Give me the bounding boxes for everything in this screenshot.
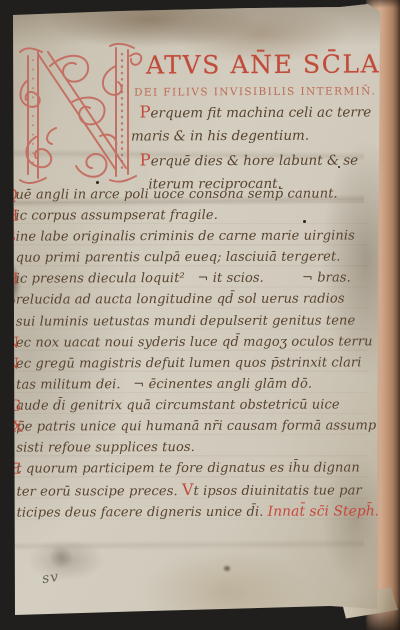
text-line: Et quorum participem te fore dignatus es…	[16, 458, 368, 480]
illuminated-initial-N	[16, 40, 144, 190]
cropped-margin-initial: p	[6, 290, 16, 311]
text-line: Hic presens diecula loquit² ¬ it scios. …	[16, 268, 368, 290]
text-segment: quo primi parentis culpā eueq; lasciuiā …	[16, 250, 341, 266]
text-segment: DEI FILIVS INVISIBILIS INTERMIN̄.	[134, 85, 376, 98]
cropped-margin-initial: G	[9, 396, 21, 417]
parchment-smudge	[48, 546, 74, 568]
cropped-margin-initial: H	[6, 269, 19, 290]
text-segment: Innat̄ sc̄i Steph̄.	[268, 504, 380, 520]
cropped-margin-initial: E	[10, 459, 21, 480]
text-segment: aude d̄i genitrix quā circumstant obstet…	[16, 397, 340, 413]
manuscript-page: ATVS AN̄E SC̄LADEI FILIVS INVISIBILIS IN…	[0, 0, 400, 630]
text-line: Nec nox uacat noui syderis luce qd̄ mago…	[16, 331, 368, 353]
manuscript-photo: ATVS AN̄E SC̄LADEI FILIVS INVISIBILIS IN…	[0, 0, 400, 630]
text-segment: ic presens diecula loquit² ¬ it scios. ¬…	[16, 271, 351, 287]
text-segment: erquē dies & hore labunt & se	[151, 153, 359, 170]
text-segment: sisti refoue supplices tuos.	[16, 440, 195, 456]
text-segment: ATVS AN̄E SC̄LA	[146, 49, 380, 79]
text-segment: ic corpus assumpserat fragile.	[15, 208, 217, 224]
text-line: Nec gregū magistris defuit lumen quos p̄…	[16, 352, 368, 374]
rubric-title-block: ATVS AN̄E SC̄LADEI FILIVS INVISIBILIS IN…	[146, 49, 381, 98]
text-line: ticipes deus facere digneris unice d̄i. …	[17, 502, 369, 524]
cropped-margin-initial: Q	[5, 185, 17, 206]
text-line: maris & in his degentium.	[131, 124, 372, 148]
text-segment: ec nox uacat noui syderis luce qd̄ magoʒ…	[16, 334, 373, 350]
text-segment: erquem fit machina celi ac terre	[150, 104, 371, 121]
text-segment: p̄e patris unice qui humanā nr̄i causam …	[16, 418, 376, 434]
text-line: sisti refoue supplices tuos.	[16, 437, 368, 459]
text-segment: sui luminis uetustas mundi depulserit ge…	[16, 313, 355, 329]
pencil-note: sv	[41, 569, 60, 587]
text-line: Quē angli in arce poli uoce consona semp…	[15, 183, 367, 205]
text-segment	[131, 105, 140, 121]
text-line: Hic corpus assumpserat fragile.	[15, 204, 367, 226]
text-line: Perquē dies & hore labunt & se	[131, 147, 372, 173]
text-line: tas militum dei. ¬ ēcinentes angli glām …	[16, 373, 368, 395]
text-segment: maris & in his degentium.	[131, 128, 309, 145]
text-line: quo primi parentis culpā eueq; lasciuiā …	[16, 247, 368, 269]
text-line: DEI FILIVS INVISIBILIS INTERMIN̄.	[134, 85, 380, 98]
text-segment: V	[182, 480, 194, 499]
cropped-margin-initial: X	[12, 417, 23, 438]
text-line: Xp̄e patris unice qui humanā nr̄i causam…	[16, 415, 368, 437]
text-segment: ec gregū magistris defuit lumen quos p̄s…	[16, 355, 362, 371]
verse-block: Perquem fit machina celi ac terremaris &…	[131, 99, 372, 196]
text-segment: ter eorū suscipe preces.	[16, 484, 182, 500]
body-text-block: Quē angli in arce poli uoce consona semp…	[15, 183, 368, 524]
text-line: prelucida ad aucta longitudine qd̄ sol u…	[16, 289, 368, 311]
cropped-margin-initial: S	[6, 227, 16, 248]
ink-smudge-speck	[224, 566, 230, 571]
text-line: Perquem fit machina celi ac terre	[131, 99, 372, 125]
text-line: Sine labe originalis criminis de carne m…	[16, 226, 368, 248]
text-segment: uē angli in arce poli uoce consona semp̄…	[15, 186, 337, 202]
text-line: ATVS AN̄E SC̄LA	[146, 49, 380, 79]
text-line: ter eorū suscipe preces. Vt ipsos diuini…	[16, 479, 368, 503]
text-segment: P	[139, 102, 150, 121]
text-segment: ine labe originalis criminis de carne ma…	[16, 229, 355, 245]
cropped-margin-initial: N	[6, 353, 19, 374]
text-segment: tas militum dei. ¬ ēcinentes angli glām …	[16, 376, 312, 392]
text-line: Gaude d̄i genitrix quā circumstant obste…	[16, 394, 368, 416]
text-segment: ticipes deus facere digneris unice d̄i.	[17, 505, 268, 521]
text-segment	[131, 153, 140, 169]
cropped-margin-initial: N	[6, 332, 19, 353]
text-segment: P	[140, 150, 151, 169]
text-segment: relucida ad aucta longitudine qd̄ sol ue…	[16, 292, 345, 308]
text-line: sui luminis uetustas mundi depulserit ge…	[16, 310, 368, 332]
text-segment: t quorum participem te fore dignatus es …	[16, 461, 359, 477]
cropped-margin-initial: H	[5, 206, 18, 227]
text-segment: t ipsos diuinitatis tue par	[193, 484, 361, 500]
